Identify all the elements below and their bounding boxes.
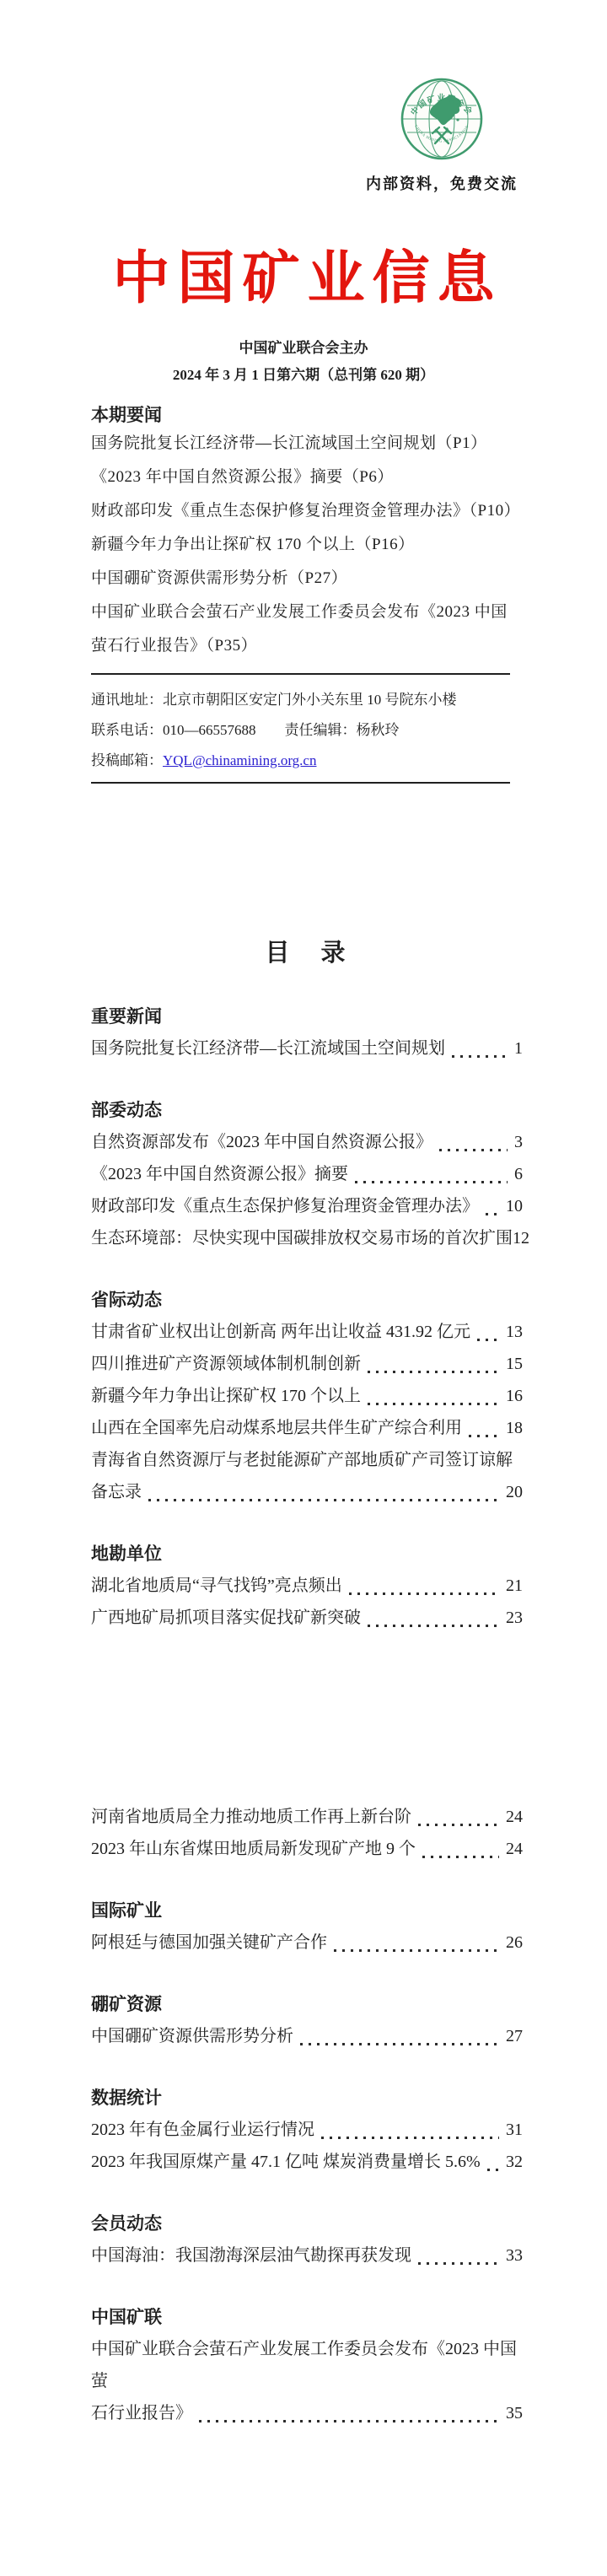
toc-entry-text: 国务院批复长江经济带—长江流域国土空间规划 bbox=[91, 1032, 445, 1064]
toc-entry: 备忘录20 bbox=[91, 1476, 523, 1508]
toc-entry-text: 河南省地质局全力推动地质工作再上新台阶 bbox=[91, 1801, 411, 1833]
toc-section-heading: 省际动态 bbox=[91, 1284, 523, 1316]
highlight-item: 财政部印发《重点生态保护修复治理资金管理办法》（P10） bbox=[91, 494, 523, 528]
toc-entry: 2023 年我国原煤产量 47.1 亿吨 煤炭消费量增长 5.6%32 bbox=[91, 2146, 523, 2178]
newsletter-cover-page: 中国矿业联合会 CHINA MINING ASSOCIATION 内部资料，免费… bbox=[0, 0, 607, 2576]
toc-group: 部委动态自然资源部发布《2023 年中国自然资源公报》3《2023 年中国自然资… bbox=[91, 1094, 523, 1254]
contact-email-line: 投稿邮箱：YQL@chinamining.org.cn bbox=[91, 746, 523, 776]
organizer-line: 中国矿业联合会主办 bbox=[0, 339, 607, 358]
phone-number: 010—66557688 bbox=[163, 722, 256, 738]
header: 中国矿业联合会 CHINA MINING ASSOCIATION 内部资料，免费… bbox=[357, 0, 526, 194]
dot-leader bbox=[148, 1499, 499, 1501]
toc-entry-text: 自然资源部发布《2023 年中国自然资源公报》 bbox=[91, 1126, 432, 1158]
toc-entry-text: 四川推进矿产资源领域体制机制创新 bbox=[91, 1348, 361, 1380]
toc-entry-text: 2023 年山东省煤田地质局新发现矿产地 9 个 bbox=[91, 1833, 416, 1865]
toc-section-heading: 重要新闻 bbox=[91, 1000, 523, 1032]
highlight-item: 国务院批复长江经济带—长江流域国土空间规划（P1） bbox=[91, 427, 523, 461]
dot-leader bbox=[321, 2137, 499, 2139]
highlight-item: 中国硼矿资源供需形势分析（P27） bbox=[91, 562, 523, 595]
dot-leader bbox=[368, 1371, 499, 1373]
china-mining-association-logo: 中国矿业联合会 CHINA MINING ASSOCIATION bbox=[400, 76, 484, 162]
toc-page-number: 31 bbox=[506, 2114, 523, 2146]
toc-page-number: 26 bbox=[506, 1927, 523, 1959]
toc-entry: 石行业报告》35 bbox=[91, 2397, 523, 2429]
toc-page-number: 15 bbox=[506, 1348, 523, 1380]
dot-leader bbox=[300, 2043, 499, 2045]
toc-page-number: 16 bbox=[506, 1380, 523, 1412]
toc-section-heading: 数据统计 bbox=[91, 2082, 523, 2114]
highlights-list: 国务院批复长江经济带—长江流域国土空间规划（P1）《2023 年中国自然资源公报… bbox=[91, 427, 523, 663]
contact-address: 通讯地址：北京市朝阳区安定门外小关东里 10 号院东小楼 bbox=[91, 685, 523, 715]
toc-entry-text: 《2023 年中国自然资源公报》摘要 bbox=[91, 1158, 348, 1190]
highlights-heading: 本期要闻 bbox=[91, 403, 523, 427]
toc-entry: 自然资源部发布《2023 年中国自然资源公报》3 bbox=[91, 1126, 523, 1158]
toc-page-number: 24 bbox=[506, 1833, 523, 1865]
toc-group: 河南省地质局全力推动地质工作再上新台阶242023 年山东省煤田地质局新发现矿产… bbox=[91, 1801, 523, 1865]
highlights-section: 本期要闻 国务院批复长江经济带—长江流域国土空间规划（P1）《2023 年中国自… bbox=[91, 403, 523, 663]
highlight-item: 《2023 年中国自然资源公报》摘要（P6） bbox=[91, 461, 523, 494]
toc-entry-text: 广西地矿局抓项目落实促找矿新突破 bbox=[91, 1602, 361, 1634]
toc-entry-text: 财政部印发《重点生态保护修复治理资金管理办法》 bbox=[91, 1190, 479, 1222]
toc-page-number: 35 bbox=[506, 2397, 523, 2429]
toc-entry-text: 备忘录 bbox=[91, 1476, 142, 1508]
toc-group: 会员动态中国海油：我国渤海深层油气勘探再获发现33 bbox=[91, 2207, 523, 2272]
toc-entry: 阿根廷与德国加强关键矿产合作26 bbox=[91, 1927, 523, 1959]
newsletter-title: 中国矿业信息 bbox=[0, 245, 607, 312]
toc-entry-wrap-line: 青海省自然资源厅与老挝能源矿产部地质矿产司签订谅解 bbox=[91, 1444, 523, 1476]
toc-entry: 财政部印发《重点生态保护修复治理资金管理办法》10 bbox=[91, 1190, 523, 1222]
toc-page-number: 27 bbox=[506, 2020, 523, 2052]
toc-entry-text: 2023 年有色金属行业运行情况 bbox=[91, 2114, 314, 2146]
toc-entry-text: 阿根廷与德国加强关键矿产合作 bbox=[91, 1927, 327, 1959]
highlight-item: 中国矿业联合会萤石产业发展工作委员会发布《2023 中国萤石行业报告》（P35） bbox=[91, 595, 523, 663]
toc-entry-text: 湖北省地质局“寻气找钨”亮点频出 bbox=[91, 1570, 342, 1602]
content-column: 本期要闻 国务院批复长江经济带—长江流域国土空间规划（P1）《2023 年中国自… bbox=[91, 403, 523, 2429]
toc-entry-text: 石行业报告》 bbox=[91, 2397, 192, 2429]
toc-entry: 广西地矿局抓项目落实促找矿新突破23 bbox=[91, 1602, 523, 1634]
toc: 重要新闻国务院批复长江经济带—长江流域国土空间规划1部委动态自然资源部发布《20… bbox=[91, 1000, 523, 2429]
email-link[interactable]: YQL@chinamining.org.cn bbox=[163, 752, 316, 768]
toc-entry: 四川推进矿产资源领域体制机制创新15 bbox=[91, 1348, 523, 1380]
toc-group: 重要新闻国务院批复长江经济带—长江流域国土空间规划1 bbox=[91, 1000, 523, 1064]
contact-phone-line: 联系电话：010—66557688责任编辑：杨秋玲 bbox=[91, 715, 523, 746]
toc-entry: 甘肃省矿业权出让创新高 两年出让收益 431.92 亿元13 bbox=[91, 1316, 523, 1348]
toc-page-number: 20 bbox=[506, 1476, 523, 1508]
toc-group: 中国矿联中国矿业联合会萤石产业发展工作委员会发布《2023 中国萤石行业报告》3… bbox=[91, 2301, 523, 2429]
divider-top bbox=[91, 673, 510, 675]
dot-leader bbox=[368, 1403, 499, 1405]
toc-page-number: 21 bbox=[506, 1570, 523, 1602]
dot-leader bbox=[199, 2420, 499, 2422]
highlight-item: 新疆今年力争出让探矿权 170 个以上（P16） bbox=[91, 528, 523, 562]
toc-entry-wrap-line: 中国矿业联合会萤石产业发展工作委员会发布《2023 中国萤 bbox=[91, 2333, 523, 2397]
toc-entry: 新疆今年力争出让探矿权 170 个以上16 bbox=[91, 1380, 523, 1412]
editor-label: 责任编辑： bbox=[285, 722, 357, 738]
dot-leader bbox=[349, 1592, 499, 1595]
divider-bottom bbox=[91, 782, 510, 784]
toc-page-number: 3 bbox=[514, 1126, 523, 1158]
dot-leader bbox=[439, 1149, 508, 1151]
email-label: 投稿邮箱： bbox=[91, 752, 163, 768]
toc-group: 地勘单位湖北省地质局“寻气找钨”亮点频出21广西地矿局抓项目落实促找矿新突破23 bbox=[91, 1538, 523, 1634]
toc-entry-text: 山西在全国率先启动煤系地层共伴生矿产综合利用 bbox=[91, 1412, 462, 1444]
toc-page-number: 10 bbox=[506, 1190, 523, 1222]
toc-page-number: 13 bbox=[506, 1316, 523, 1348]
toc-page-number: 24 bbox=[506, 1801, 523, 1833]
toc-section-heading: 中国矿联 bbox=[91, 2301, 523, 2333]
dot-leader bbox=[422, 1856, 499, 1858]
toc-entry-text: 2023 年我国原煤产量 47.1 亿吨 煤炭消费量增长 5.6% bbox=[91, 2146, 481, 2178]
phone-label: 联系电话： bbox=[91, 722, 163, 738]
toc-section-heading: 地勘单位 bbox=[91, 1538, 523, 1570]
toc-page-number: 6 bbox=[514, 1158, 523, 1190]
toc-entry: 湖北省地质局“寻气找钨”亮点频出21 bbox=[91, 1570, 523, 1602]
dot-leader bbox=[487, 2169, 499, 2171]
toc-page-number: 1 bbox=[514, 1032, 523, 1064]
toc-page-number: 23 bbox=[506, 1602, 523, 1634]
toc-entry: 中国海油：我国渤海深层油气勘探再获发现33 bbox=[91, 2239, 523, 2272]
dot-leader bbox=[368, 1625, 499, 1627]
dot-leader bbox=[486, 1213, 499, 1215]
dot-leader bbox=[469, 1435, 499, 1437]
toc-group: 数据统计2023 年有色金属行业运行情况312023 年我国原煤产量 47.1 … bbox=[91, 2082, 523, 2178]
dot-leader bbox=[334, 1949, 499, 1952]
toc-entry-text: 中国硼矿资源供需形势分析 bbox=[91, 2020, 293, 2052]
toc-entry: 《2023 年中国自然资源公报》摘要6 bbox=[91, 1158, 523, 1190]
dot-leader bbox=[355, 1181, 508, 1183]
toc-section-heading: 国际矿业 bbox=[91, 1894, 523, 1927]
dot-leader bbox=[477, 1339, 499, 1341]
toc-entry-text: 甘肃省矿业权出让创新高 两年出让收益 431.92 亿元 bbox=[91, 1316, 470, 1348]
toc-page-number: 33 bbox=[506, 2239, 523, 2272]
editor-name: 杨秋玲 bbox=[357, 722, 400, 738]
toc-section-heading: 会员动态 bbox=[91, 2207, 523, 2239]
toc-entry: 河南省地质局全力推动地质工作再上新台阶24 bbox=[91, 1801, 523, 1833]
toc-entry: 2023 年山东省煤田地质局新发现矿产地 9 个24 bbox=[91, 1833, 523, 1865]
toc-entry-text: 中国海油：我国渤海深层油气勘探再获发现 bbox=[91, 2239, 411, 2272]
internal-note: 内部资料，免费交流 bbox=[366, 172, 518, 194]
toc-entry-text: 生态环境部：尽快实现中国碳排放权交易市场的首次扩围 bbox=[91, 1222, 513, 1254]
dot-leader bbox=[452, 1055, 508, 1058]
toc-page-number: 12 bbox=[513, 1222, 529, 1254]
toc-group: 国际矿业阿根廷与德国加强关键矿产合作26 bbox=[91, 1894, 523, 1959]
toc-title: 目 录 bbox=[91, 935, 523, 971]
toc-entry-text: 新疆今年力争出让探矿权 170 个以上 bbox=[91, 1380, 361, 1412]
toc-entry: 山西在全国率先启动煤系地层共伴生矿产综合利用18 bbox=[91, 1412, 523, 1444]
toc-group: 硼矿资源中国硼矿资源供需形势分析27 bbox=[91, 1988, 523, 2052]
toc-group: 省际动态甘肃省矿业权出让创新高 两年出让收益 431.92 亿元13四川推进矿产… bbox=[91, 1284, 523, 1508]
toc-entry: 国务院批复长江经济带—长江流域国土空间规划1 bbox=[91, 1032, 523, 1064]
toc-page-number: 32 bbox=[506, 2146, 523, 2178]
issue-line: 2024 年 3 月 1 日第六期（总刊第 620 期） bbox=[0, 366, 607, 385]
toc-section-heading: 硼矿资源 bbox=[91, 1988, 523, 2020]
toc-page-number: 18 bbox=[506, 1412, 523, 1444]
contact-block: 通讯地址：北京市朝阳区安定门外小关东里 10 号院东小楼 联系电话：010—66… bbox=[91, 685, 523, 776]
dot-leader bbox=[418, 1824, 499, 1826]
dot-leader bbox=[418, 2262, 499, 2265]
toc-entry: 中国硼矿资源供需形势分析27 bbox=[91, 2020, 523, 2052]
toc-entry: 2023 年有色金属行业运行情况31 bbox=[91, 2114, 523, 2146]
toc-section-heading: 部委动态 bbox=[91, 1094, 523, 1126]
toc-entry: 生态环境部：尽快实现中国碳排放权交易市场的首次扩围12 bbox=[91, 1222, 523, 1254]
